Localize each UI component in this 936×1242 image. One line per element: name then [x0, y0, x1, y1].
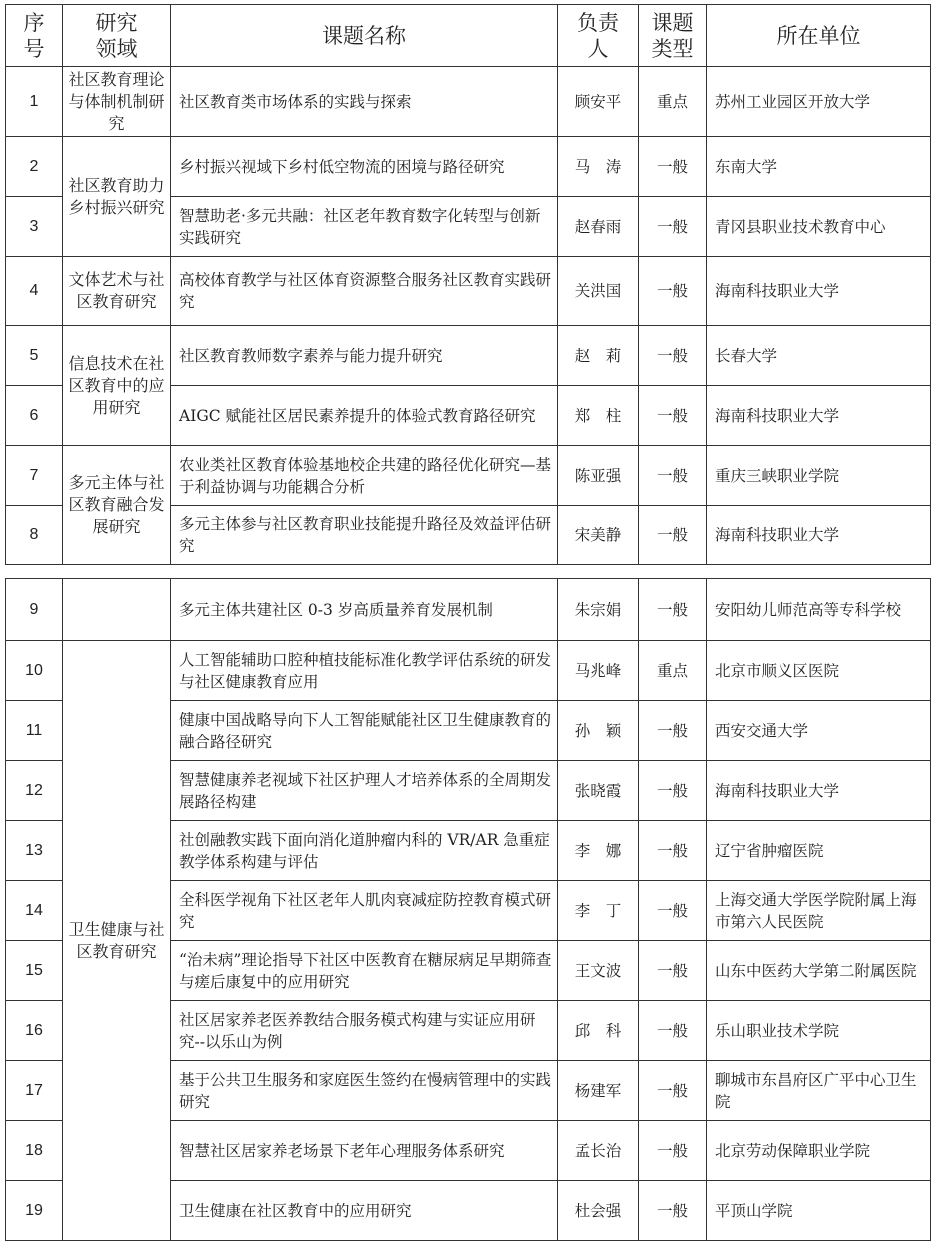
- row-num: 19: [6, 1181, 63, 1241]
- project-lead: 孟长治: [558, 1121, 639, 1181]
- research-area: 文体艺术与社区教育研究: [63, 257, 171, 326]
- row-num: 18: [6, 1121, 63, 1181]
- row-num: 14: [6, 881, 63, 941]
- project-lead: 马 涛: [558, 137, 639, 197]
- project-unit: 海南科技职业大学: [707, 257, 931, 326]
- project-title: “治未病”理论指导下社区中医教育在糖尿病足早期筛查与瘥后康复中的应用研究: [171, 941, 558, 1001]
- project-unit: 东南大学: [707, 137, 931, 197]
- project-lead: 杜会强: [558, 1181, 639, 1241]
- project-title: 智慧社区居家养老场景下老年心理服务体系研究: [171, 1121, 558, 1181]
- project-unit: 重庆三峡职业学院: [707, 446, 931, 506]
- header-num: 序 号: [6, 5, 63, 67]
- project-type: 一般: [639, 701, 707, 761]
- project-type: 一般: [639, 1181, 707, 1241]
- project-unit: 乐山职业技术学院: [707, 1001, 931, 1061]
- header-title: 课题名称: [171, 5, 558, 67]
- row-num: 1: [6, 67, 63, 137]
- project-title: 健康中国战略导向下人工智能赋能社区卫生健康教育的融合路径研究: [171, 701, 558, 761]
- row-num: 7: [6, 446, 63, 506]
- project-lead: 杨建军: [558, 1061, 639, 1121]
- header-row: 序 号 研究 领域 课题名称 负责 人 课题 类型 所在单位: [6, 5, 931, 67]
- row-num: 5: [6, 326, 63, 386]
- project-title: 全科医学视角下社区老年人肌肉衰减症防控教育模式研究: [171, 881, 558, 941]
- project-type: 一般: [639, 386, 707, 446]
- table-row: 5 信息技术在社区教育中的应用研究 社区教育教师数字素养与能力提升研究 赵 莉 …: [6, 326, 931, 386]
- project-unit: 山东中医药大学第二附属医院: [707, 941, 931, 1001]
- row-num: 11: [6, 701, 63, 761]
- row-num: 8: [6, 506, 63, 565]
- project-unit: 安阳幼儿师范高等专科学校: [707, 579, 931, 641]
- project-lead: 邱 科: [558, 1001, 639, 1061]
- row-num: 12: [6, 761, 63, 821]
- project-title: 社区居家养老医养教结合服务模式构建与实证应用研究--以乐山为例: [171, 1001, 558, 1061]
- project-unit: 北京市顺义区医院: [707, 641, 931, 701]
- project-type: 一般: [639, 257, 707, 326]
- research-area: 卫生健康与社区教育研究: [63, 641, 171, 1241]
- project-type: 一般: [639, 1061, 707, 1121]
- project-type: 一般: [639, 197, 707, 257]
- research-area-continued: [63, 579, 171, 641]
- project-title: 卫生健康在社区教育中的应用研究: [171, 1181, 558, 1241]
- table-row: 1 社区教育理论与体制机制研究 社区教育类市场体系的实践与探索 顾安平 重点 苏…: [6, 67, 931, 137]
- project-type: 一般: [639, 1001, 707, 1061]
- project-type: 一般: [639, 761, 707, 821]
- project-title: 农业类社区教育体验基地校企共建的路径优化研究—基于利益协调与功能耦合分析: [171, 446, 558, 506]
- project-type: 一般: [639, 1121, 707, 1181]
- row-num: 13: [6, 821, 63, 881]
- row-num: 6: [6, 386, 63, 446]
- project-lead: 王文波: [558, 941, 639, 1001]
- table-row: 10 卫生健康与社区教育研究 人工智能辅助口腔种植技能标准化教学评估系统的研发与…: [6, 641, 931, 701]
- project-title: 智慧健康养老视域下社区护理人才培养体系的全周期发展路径构建: [171, 761, 558, 821]
- project-type: 重点: [639, 67, 707, 137]
- row-num: 4: [6, 257, 63, 326]
- table-row: 9 多元主体共建社区 0-3 岁高质量养育发展机制 朱宗娟 一般 安阳幼儿师范高…: [6, 579, 931, 641]
- header-area: 研究 领域: [63, 5, 171, 67]
- project-type: 一般: [639, 579, 707, 641]
- project-title: 高校体育教学与社区体育资源整合服务社区教育实践研究: [171, 257, 558, 326]
- project-title: 基于公共卫生服务和家庭医生签约在慢病管理中的实践研究: [171, 1061, 558, 1121]
- project-title: 智慧助老·多元共融：社区老年教育数字化转型与创新实践研究: [171, 197, 558, 257]
- project-lead: 朱宗娟: [558, 579, 639, 641]
- project-lead: 李 丁: [558, 881, 639, 941]
- project-title: 社创融教实践下面向消化道肿瘤内科的 VR/AR 急重症教学体系构建与评估: [171, 821, 558, 881]
- project-lead: 李 娜: [558, 821, 639, 881]
- research-area: 信息技术在社区教育中的应用研究: [63, 326, 171, 446]
- project-type: 一般: [639, 326, 707, 386]
- header-lead: 负责 人: [558, 5, 639, 67]
- project-lead: 赵春雨: [558, 197, 639, 257]
- project-title: AIGC 赋能社区居民素养提升的体验式教育路径研究: [171, 386, 558, 446]
- research-area: 多元主体与社区教育融合发展研究: [63, 446, 171, 565]
- project-unit: 海南科技职业大学: [707, 506, 931, 565]
- project-title: 人工智能辅助口腔种植技能标准化教学评估系统的研发与社区健康教育应用: [171, 641, 558, 701]
- project-type: 一般: [639, 941, 707, 1001]
- table-row: 7 多元主体与社区教育融合发展研究 农业类社区教育体验基地校企共建的路径优化研究…: [6, 446, 931, 506]
- project-lead: 顾安平: [558, 67, 639, 137]
- project-unit: 海南科技职业大学: [707, 761, 931, 821]
- row-num: 17: [6, 1061, 63, 1121]
- row-num: 10: [6, 641, 63, 701]
- row-num: 9: [6, 579, 63, 641]
- project-unit: 青冈县职业技术教育中心: [707, 197, 931, 257]
- project-unit: 北京劳动保障职业学院: [707, 1121, 931, 1181]
- row-num: 3: [6, 197, 63, 257]
- project-lead: 马兆峰: [558, 641, 639, 701]
- project-type: 一般: [639, 137, 707, 197]
- project-title: 社区教育教师数字素养与能力提升研究: [171, 326, 558, 386]
- project-unit: 西安交通大学: [707, 701, 931, 761]
- project-unit: 苏州工业园区开放大学: [707, 67, 931, 137]
- project-lead: 张晓霞: [558, 761, 639, 821]
- project-title: 多元主体共建社区 0-3 岁高质量养育发展机制: [171, 579, 558, 641]
- row-num: 2: [6, 137, 63, 197]
- project-table-part2: 9 多元主体共建社区 0-3 岁高质量养育发展机制 朱宗娟 一般 安阳幼儿师范高…: [5, 578, 931, 1241]
- project-unit: 聊城市东昌府区广平中心卫生院: [707, 1061, 931, 1121]
- project-unit: 平顶山学院: [707, 1181, 931, 1241]
- project-lead: 宋美静: [558, 506, 639, 565]
- project-lead: 关洪国: [558, 257, 639, 326]
- project-table-part1: 序 号 研究 领域 课题名称 负责 人 课题 类型 所在单位 1 社区教育理论与…: [5, 4, 931, 565]
- row-num: 15: [6, 941, 63, 1001]
- project-unit: 辽宁省肿瘤医院: [707, 821, 931, 881]
- project-lead: 郑 柱: [558, 386, 639, 446]
- project-unit: 上海交通大学医学院附属上海市第六人民医院: [707, 881, 931, 941]
- research-area: 社区教育理论与体制机制研究: [63, 67, 171, 137]
- table-row: 2 社区教育助力乡村振兴研究 乡村振兴视域下乡村低空物流的困境与路径研究 马 涛…: [6, 137, 931, 197]
- row-num: 16: [6, 1001, 63, 1061]
- project-type: 一般: [639, 506, 707, 565]
- project-type: 重点: [639, 641, 707, 701]
- research-area: 社区教育助力乡村振兴研究: [63, 137, 171, 257]
- project-lead: 孙 颖: [558, 701, 639, 761]
- project-title: 多元主体参与社区教育职业技能提升路径及效益评估研究: [171, 506, 558, 565]
- project-title: 社区教育类市场体系的实践与探索: [171, 67, 558, 137]
- project-type: 一般: [639, 446, 707, 506]
- project-lead: 陈亚强: [558, 446, 639, 506]
- project-unit: 海南科技职业大学: [707, 386, 931, 446]
- table-row: 4 文体艺术与社区教育研究 高校体育教学与社区体育资源整合服务社区教育实践研究 …: [6, 257, 931, 326]
- project-unit: 长春大学: [707, 326, 931, 386]
- project-type: 一般: [639, 821, 707, 881]
- project-title: 乡村振兴视域下乡村低空物流的困境与路径研究: [171, 137, 558, 197]
- header-type: 课题 类型: [639, 5, 707, 67]
- project-lead: 赵 莉: [558, 326, 639, 386]
- project-type: 一般: [639, 881, 707, 941]
- header-unit: 所在单位: [707, 5, 931, 67]
